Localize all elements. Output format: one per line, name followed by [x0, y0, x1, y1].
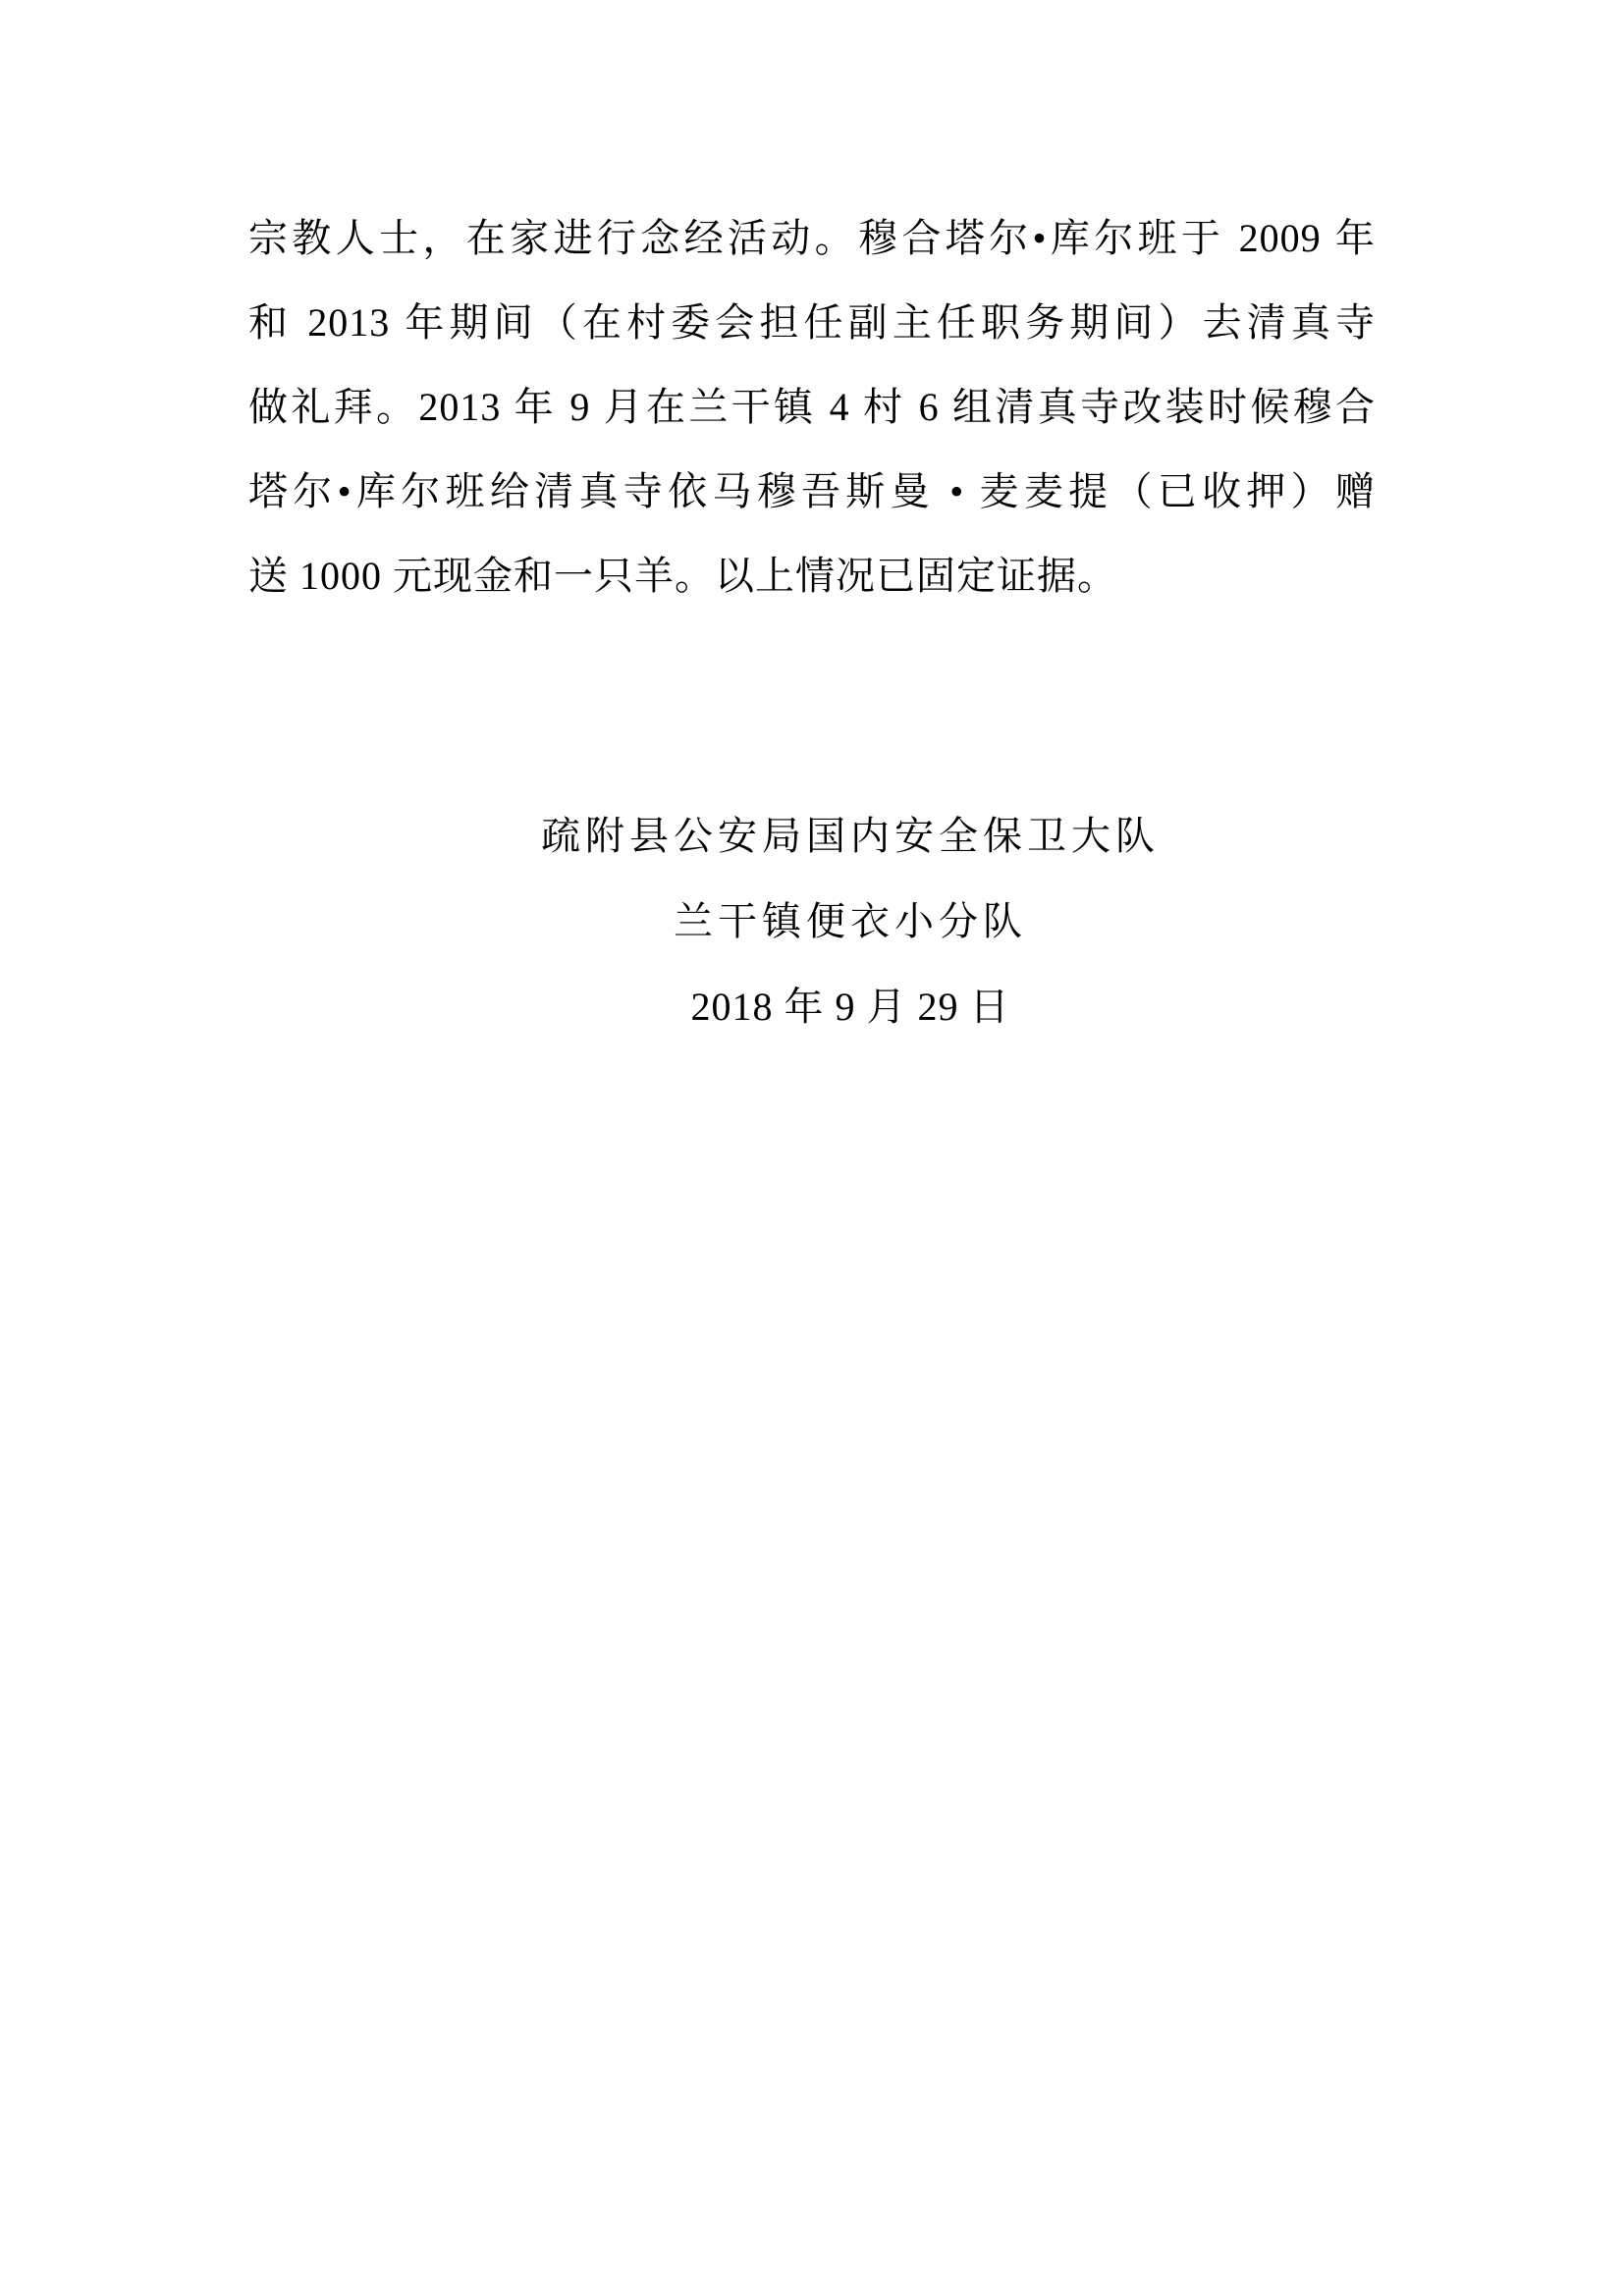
document-page: 宗教人士，在家进行念经活动。穆合塔尔•库尔班于 2009 年 和 2013 年期… — [0, 0, 1624, 2296]
body-line-4: 塔尔•库尔班给清真寺依马穆吾斯曼 • 麦麦提（已收押）赠 — [248, 450, 1376, 534]
body-line-3: 做礼拜。2013 年 9 月在兰干镇 4 村 6 组清真寺改装时候穆合 — [248, 365, 1376, 450]
body-line-2: 和 2013 年期间（在村委会担任副主任职务期间）去清真寺 — [248, 281, 1376, 365]
signature-block: 疏附县公安局国内安全保卫大队 兰干镇便衣小分队 2018 年 9 月 29 日 — [248, 793, 1376, 1049]
signature-organization-line-2: 兰干镇便衣小分队 — [325, 879, 1376, 964]
body-line-1: 宗教人士，在家进行念经活动。穆合塔尔•库尔班于 2009 年 — [248, 196, 1376, 281]
signature-organization-line-1: 疏附县公安局国内安全保卫大队 — [325, 793, 1376, 879]
body-paragraph: 宗教人士，在家进行念经活动。穆合塔尔•库尔班于 2009 年 和 2013 年期… — [248, 196, 1376, 618]
signature-date: 2018 年 9 月 29 日 — [325, 964, 1376, 1049]
body-line-5: 送 1000 元现金和一只羊。以上情况已固定证据。 — [248, 534, 1376, 618]
